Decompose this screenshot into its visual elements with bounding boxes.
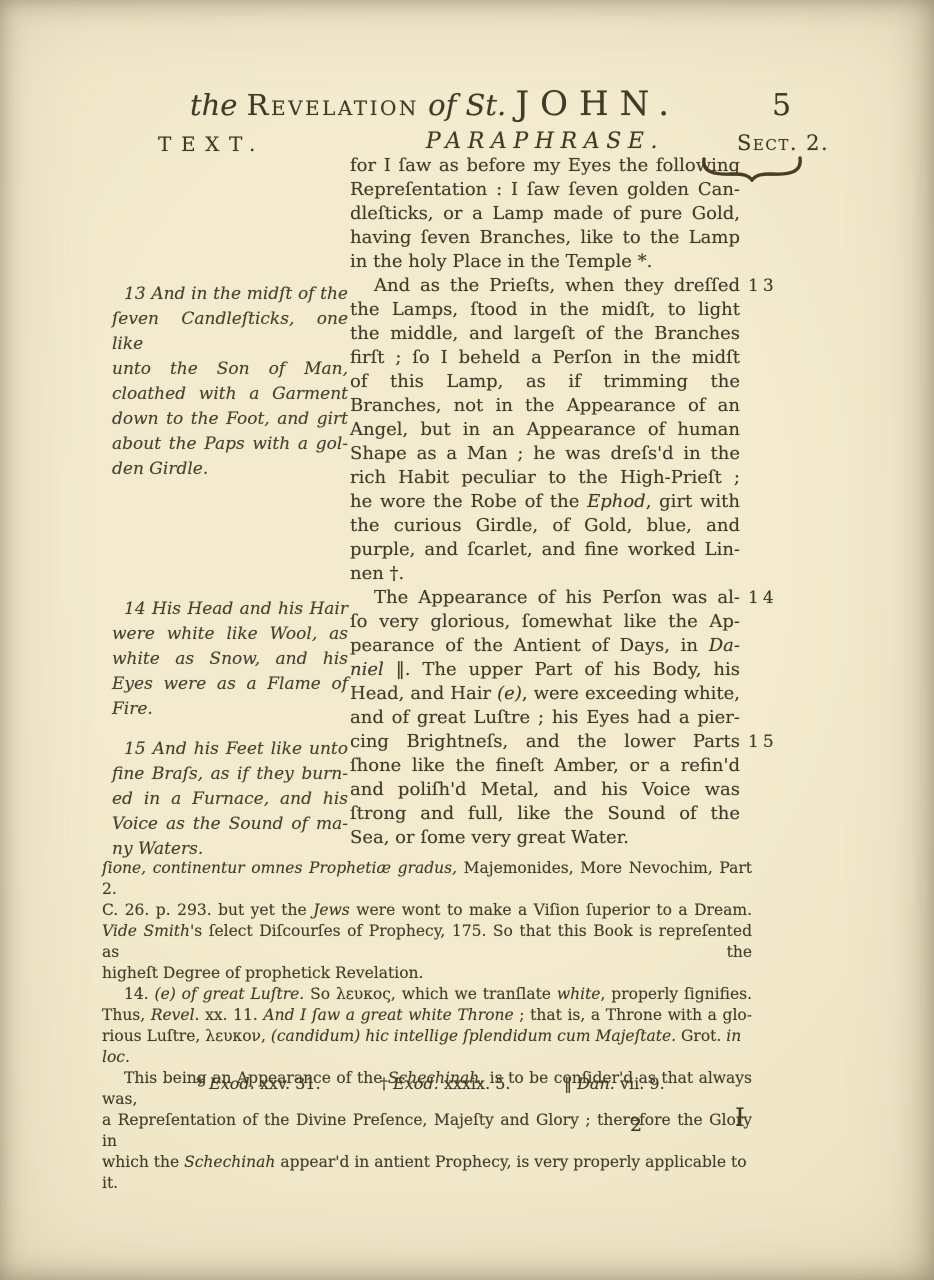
footnote-paragraph: ſione, continentur omnes Prophetiæ gradu… (102, 858, 752, 984)
column-heading-text: TEXT. (158, 132, 265, 156)
footnotes-block: ſione, continentur omnes Prophetiæ gradu… (102, 858, 752, 1194)
title-john: JOHN. (516, 84, 681, 124)
title-revelation: Revelation (247, 88, 419, 122)
verse-14: 14 His Head and his Hairwere white like … (112, 597, 348, 722)
footnote-paragraph: 14. (e) of great Luſtre. So λευκος, whic… (102, 984, 752, 1068)
page-number: 5 (772, 88, 791, 123)
margin-verse-number: 13 (748, 276, 778, 296)
margin-verse-number: 14 (748, 588, 778, 608)
signature-number: 2 (630, 1114, 642, 1136)
margin-verse-number: 15 (748, 732, 778, 752)
title-the: the (190, 88, 247, 122)
paraphrase-paragraph: for I ſaw as before my Eyes the followin… (350, 154, 740, 274)
column-heading-paraphrase: PARAPHRASE. (400, 129, 690, 154)
signature-letter: I (735, 1103, 745, 1132)
reference-item: * Exod. xxv. 31. (196, 1074, 321, 1093)
paraphrase-column: for I ſaw as before my Eyes the followin… (350, 154, 740, 850)
verse-13: 13 And in the midſt of theſeven Candleſt… (112, 282, 348, 482)
reference-item: † Exod. xxxix. 5. (380, 1074, 511, 1093)
section-label: Sect. 2. (737, 131, 829, 155)
paraphrase-paragraph: The Appearance of his Perſon was al-ſo v… (350, 586, 740, 850)
verse-15: 15 And his Feet like untofine Braſs, as … (112, 737, 348, 862)
page-title: the Revelation of St. JOHN. (110, 84, 760, 124)
book-page-scan: the Revelation of St. JOHN. 5 TEXT. PARA… (0, 0, 934, 1280)
paraphrase-paragraph: And as the Prieſts, when they dreſſedthe… (350, 274, 740, 586)
reference-item: ‖ Dan. vii. 9. (564, 1074, 665, 1093)
title-of-st: of St. (419, 88, 516, 122)
